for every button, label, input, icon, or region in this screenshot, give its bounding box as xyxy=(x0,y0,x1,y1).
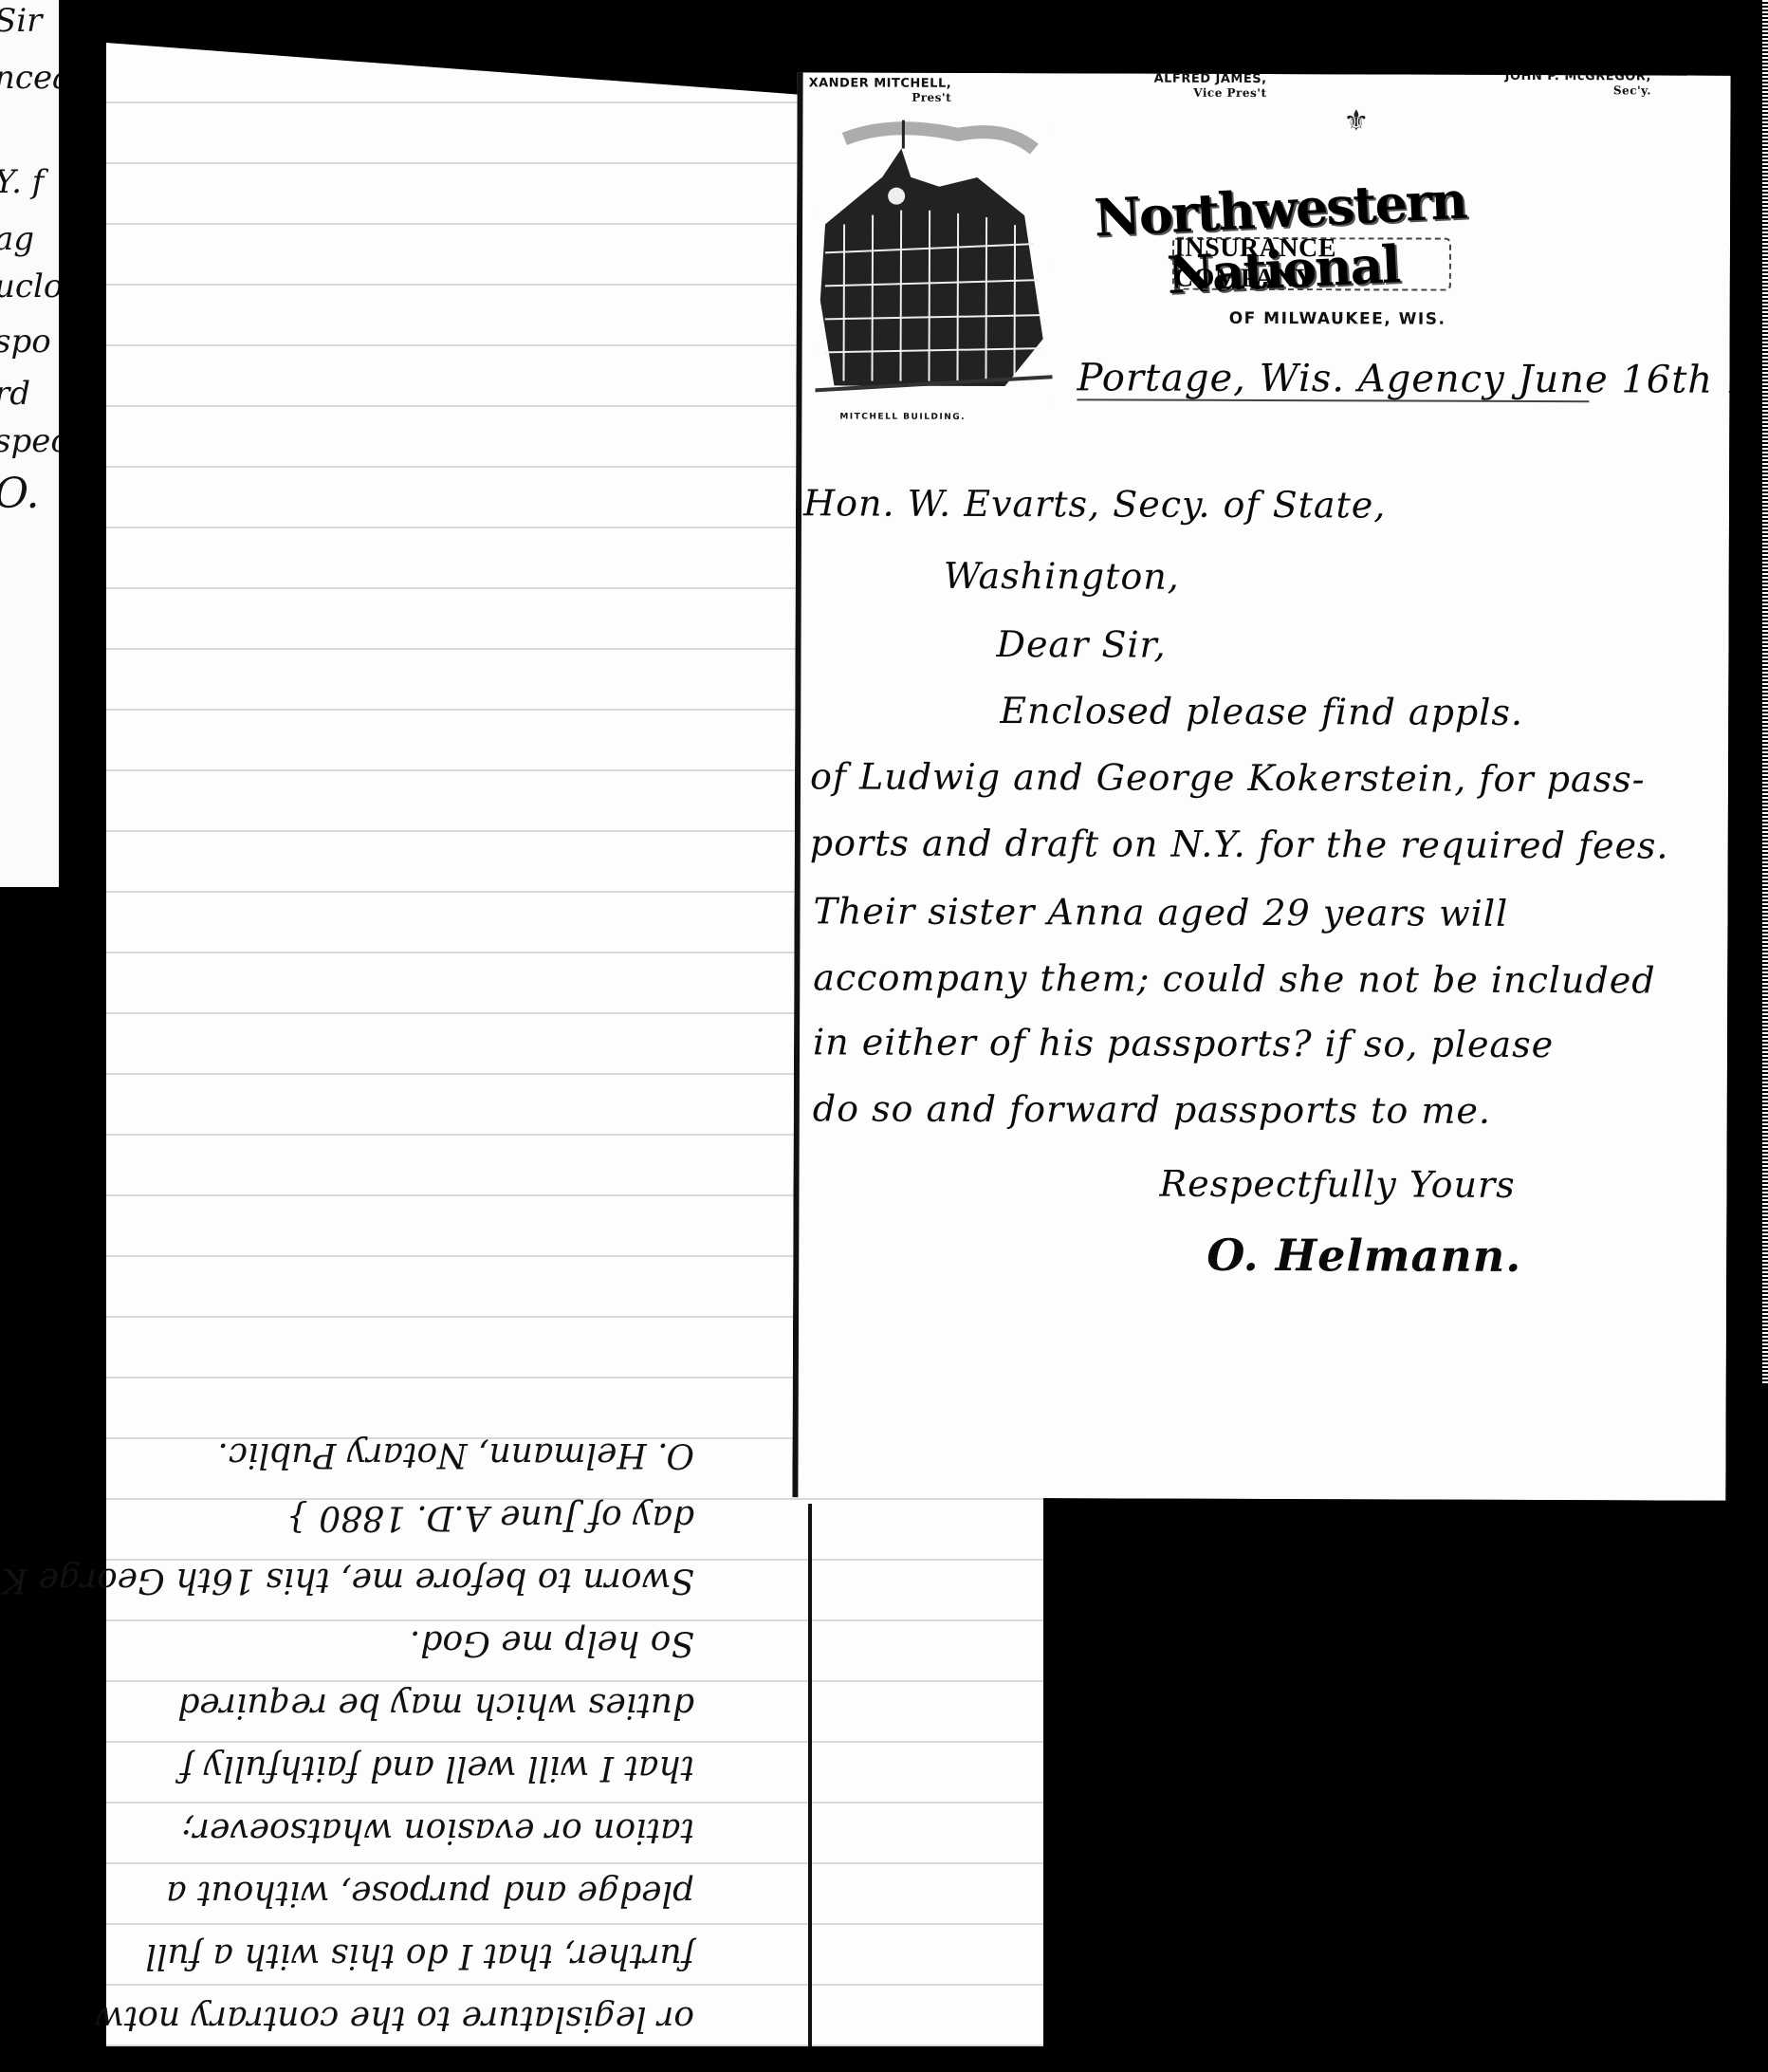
left-fragment: O. xyxy=(0,470,39,518)
body-line: ports and draft on N.Y. for the required… xyxy=(810,822,1669,866)
body-line: do so and forward passports to me. xyxy=(813,1087,1491,1131)
notary-line: O. Helmann, Notary Public. xyxy=(133,1423,702,1486)
body-line: Their sister Anna aged 29 years will xyxy=(813,890,1508,934)
signature: O. Helmann. xyxy=(1206,1230,1521,1282)
company-type: INSURANCE COMPANY xyxy=(1174,233,1449,295)
margin-rule xyxy=(808,1504,812,2046)
notary-line: duties which may be required xyxy=(133,1674,702,1736)
company-type-banner: INSURANCE COMPANY xyxy=(1172,237,1451,291)
closing: Respectfully Yours xyxy=(1159,1163,1515,1206)
scan-edge-strip xyxy=(1762,0,1768,1385)
building-caption: MITCHELL BUILDING. xyxy=(839,412,966,421)
body-line: accompany them; could she not be include… xyxy=(813,956,1655,1001)
notary-line: day of June A.D. 1880 } xyxy=(133,1486,702,1548)
officer-vice-president: ALFRED JAMES, Vice Pres't xyxy=(1154,72,1267,100)
notary-line: Sworn to before me, this 16th George K xyxy=(133,1548,702,1611)
left-fragment: spec xyxy=(0,422,59,460)
left-fragment: ag xyxy=(0,220,34,258)
company-city: OF MILWAUKEE, WIS. xyxy=(1229,309,1446,329)
notary-line: further, that I do this with a full xyxy=(133,1924,702,1987)
addressee-line-1: Hon. W. Evarts, Secy. of State, xyxy=(803,482,1387,526)
notary-line: tation or evasion whatsoever; xyxy=(133,1799,702,1861)
mitchell-building-engraving-icon xyxy=(815,110,1053,405)
dateline: Portage, Wis. Agency June 16th 1880 xyxy=(1077,356,1730,402)
body-line: in either of his passports? if so, pleas… xyxy=(813,1021,1554,1065)
letterhead-page: XANDER MITCHELL, Pres't ALFRED JAMES, Vi… xyxy=(792,72,1730,1500)
officer-president: XANDER MITCHELL, Pres't xyxy=(809,76,952,104)
body-line: Enclosed please find appls. xyxy=(1000,690,1523,733)
left-fragment: Sir xyxy=(0,2,42,40)
left-fragment: spo xyxy=(0,323,51,361)
salutation: Dear Sir, xyxy=(996,623,1166,666)
addressee-line-2: Washington, xyxy=(944,555,1180,598)
body-line: of Ludwig and George Kokerstein, for pas… xyxy=(810,755,1646,800)
left-partial-page: Sir ncea Y. f ag uclo spo rd spec O. xyxy=(0,0,59,887)
left-fragment: ncea xyxy=(0,59,59,97)
ornament-icon: ⚜ xyxy=(1343,104,1369,138)
inverted-notary-text: or legislature to the contrary notw furt… xyxy=(133,1366,702,2049)
left-fragment: uclo xyxy=(0,268,59,305)
notary-line: or legislature to the contrary notw xyxy=(133,1987,702,2049)
officer-secretary: JOHN P. McGREGOR, Sec'y. xyxy=(1505,72,1652,97)
left-fragment: rd xyxy=(0,375,30,413)
left-fragment: Y. f xyxy=(0,163,44,201)
notary-line: So help me God. xyxy=(133,1611,702,1674)
notary-line: that I will well and faithfully f xyxy=(133,1736,702,1799)
notary-line: pledge and purpose, without a xyxy=(133,1861,702,1924)
